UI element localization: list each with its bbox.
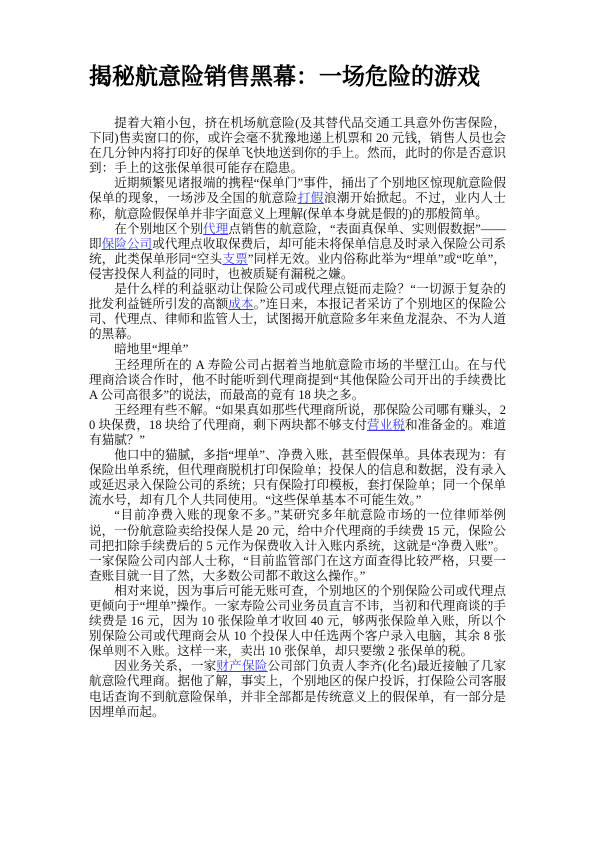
- text-segment: 因业务关系，一家: [114, 659, 216, 673]
- paragraph: “目前净费入账的现象不多。”某研究多年航意险市场的一位律师举例说，一份航意险卖给…: [89, 508, 506, 583]
- paragraph: 是什么样的利益驱动让保险公司或代理点铤而走险？“一切源于复杂的批发利益链所引发的…: [89, 282, 506, 342]
- inline-link[interactable]: 成本: [228, 297, 253, 311]
- paragraph: 在个别地区个别代理点销售的航意险，“表面真保单、实则假数据”——即保险公司或代理…: [89, 222, 506, 282]
- text-segment: 提着大箱小包，挤在机场航意险(及其替代品交通工具意外伤害保险，下同)售卖窗口的你…: [89, 116, 506, 175]
- document-page: 揭秘航意险销售黑幕：一场危险的游戏 提着大箱小包，挤在机场航意险(及其替代品交通…: [0, 0, 595, 842]
- text-segment: 王经理所在的 A 寿险公司占据着当地航意险市场的半壁江山。在与代理商洽谈合作时，…: [89, 358, 506, 402]
- paragraph: 相对来说，因为事后可能无账可查，个别地区的个别保险公司或代理点更倾向于“埋单”操…: [89, 584, 506, 659]
- inline-link[interactable]: 支票: [222, 252, 248, 266]
- text-segment: 相对来说，因为事后可能无账可查，个别地区的个别保险公司或代理点更倾向于“埋单”操…: [89, 584, 506, 658]
- inline-link[interactable]: 保险公司: [102, 237, 153, 251]
- inline-link[interactable]: 营业税: [367, 418, 405, 432]
- paragraph: 提着大箱小包，挤在机场航意险(及其替代品交通工具意外伤害保险，下同)售卖窗口的你…: [89, 116, 506, 176]
- inline-link[interactable]: 代理: [203, 222, 228, 236]
- paragraph: 王经理有些不解。“如果真如那些代理商所说，那保险公司哪有赚头，20 块保费，18…: [89, 403, 506, 448]
- text-segment: “目前净费入账的现象不多。”某研究多年航意险市场的一位律师举例说，一份航意险卖给…: [89, 508, 506, 582]
- article-body: 提着大箱小包，挤在机场航意险(及其替代品交通工具意外伤害保险，下同)售卖窗口的你…: [89, 116, 506, 720]
- section-subheading: 暗地里“埋单”: [89, 342, 506, 357]
- text-segment: 暗地里“埋单”: [114, 342, 188, 356]
- text-segment: 他口中的猫腻，多指“埋单”、净费入账，甚至假保单。具体表现为：有保险出单系统，但…: [89, 448, 506, 507]
- page-title: 揭秘航意险销售黑幕：一场危险的游戏: [89, 62, 506, 92]
- paragraph: 近期频繁见诸报端的携程“保单门”事件，捅出了个别地区惊现航意险假保单的现象，一场…: [89, 176, 506, 221]
- paragraph: 他口中的猫腻，多指“埋单”、净费入账，甚至假保单。具体表现为：有保险出单系统，但…: [89, 448, 506, 508]
- paragraph: 王经理所在的 A 寿险公司占据着当地航意险市场的半壁江山。在与代理商洽谈合作时，…: [89, 358, 506, 403]
- paragraph: 因业务关系，一家财产保险公司部门负责人李齐(化名)最近接触了几家航意险代理商。据…: [89, 659, 506, 719]
- inline-link[interactable]: 打假: [298, 191, 324, 205]
- inline-link[interactable]: 财产保险: [216, 659, 267, 673]
- text-segment: 在个别地区个别: [114, 222, 203, 236]
